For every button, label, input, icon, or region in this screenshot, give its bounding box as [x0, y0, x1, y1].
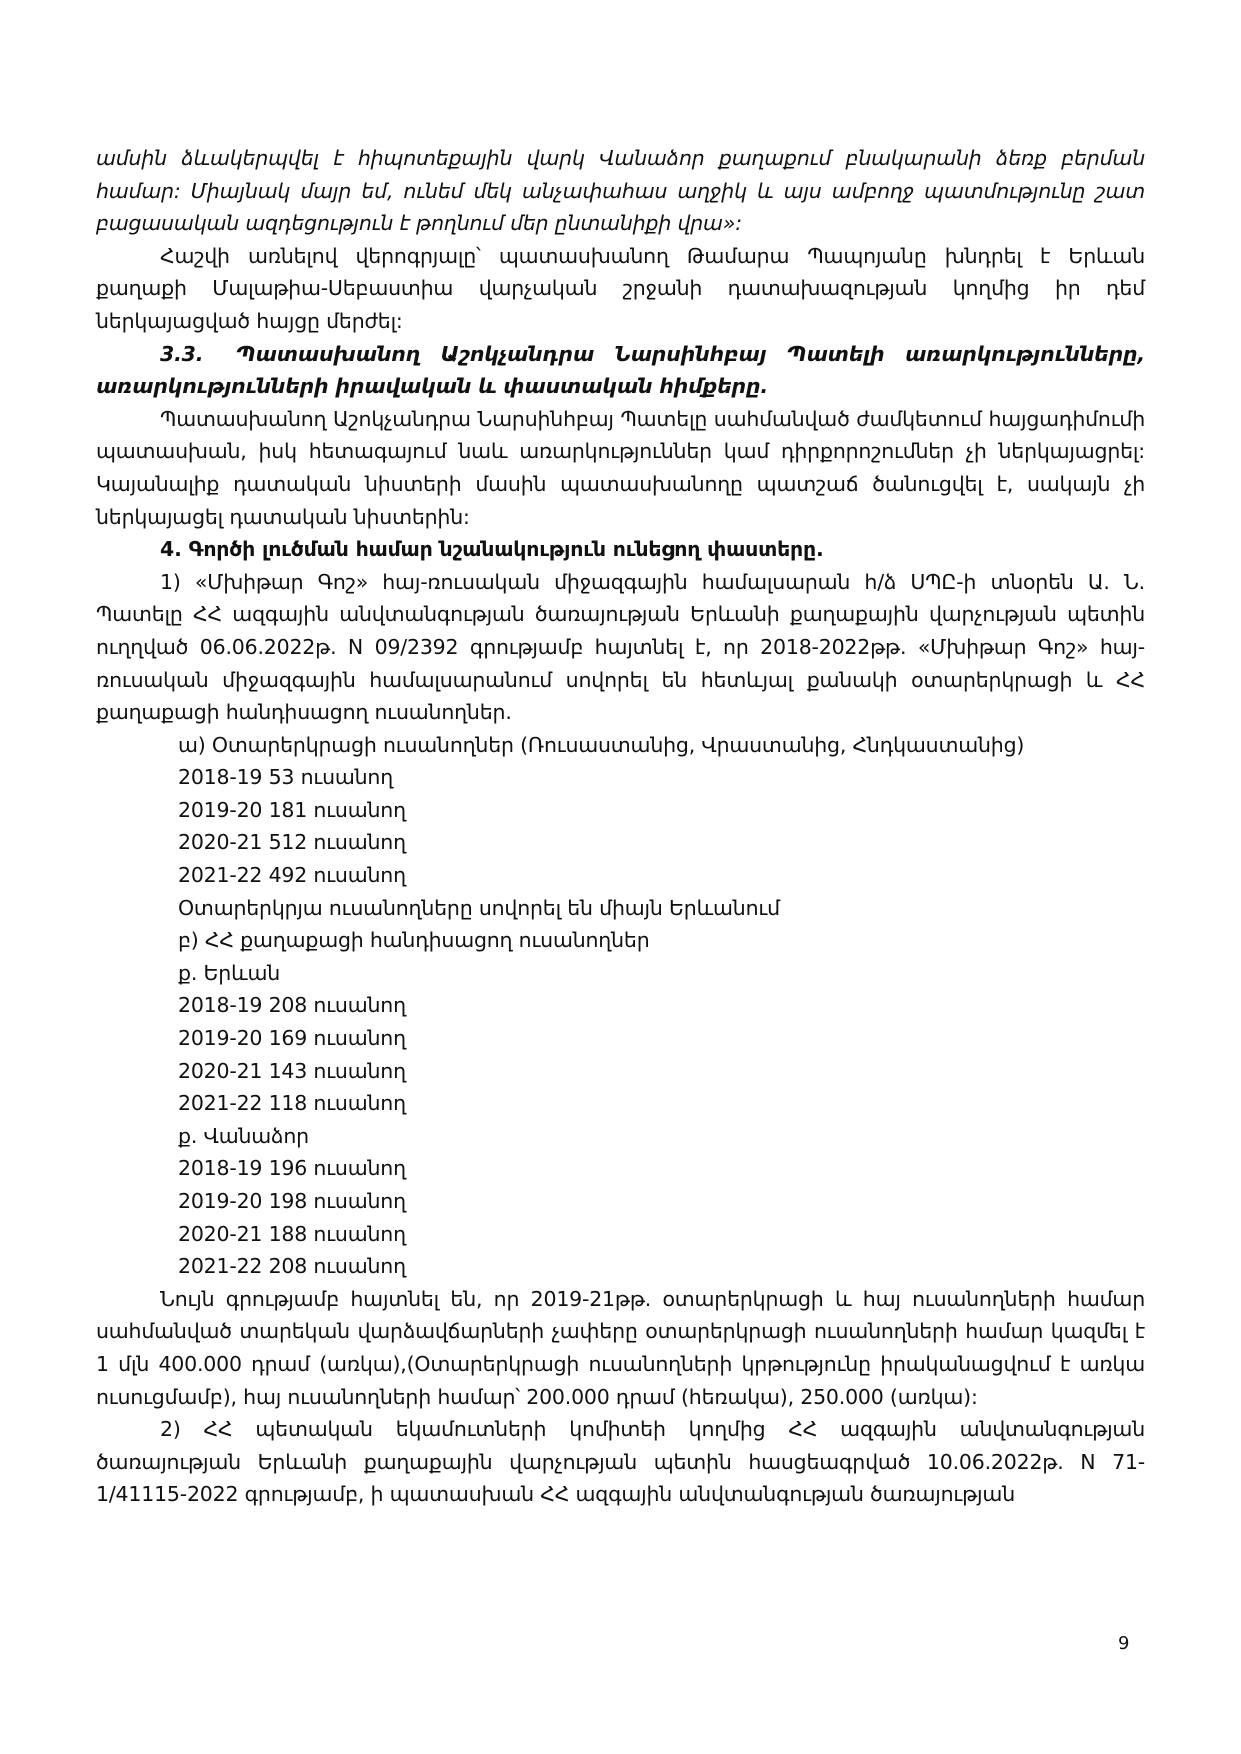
list-item: 2021-22 118 ուսանող — [96, 1087, 1145, 1120]
paragraph-patel: Պատասխանող Աշոկչանդրա Նարսինհբայ Պատելը … — [96, 403, 1145, 533]
city-label-vanadzor: ք. Վանաձոր — [96, 1120, 1145, 1153]
section-3-3-title: Պատասխանող Աշոկչանդրա Նարսինհբայ Պատելի … — [96, 342, 1145, 399]
fact-2-intro: 2) ՀՀ պետական եկամուտների կոմիտեի կողմից… — [96, 1413, 1145, 1511]
paragraph-request: Հաշվի առնելով վերոգրյալը՝ պատասխանող Թամ… — [96, 240, 1145, 338]
list-item: 2018-19 208 ուսանող — [96, 989, 1145, 1022]
paragraph-fees: Նույն գրությամբ հայտնել են, որ 2019-21թթ… — [96, 1283, 1145, 1413]
section-3-3-heading: 3.3.Պատասխանող Աշոկչանդրա Նարսինհբայ Պատ… — [96, 338, 1145, 403]
foreign-students-heading: ա) Օտարերկրացի ուսանողներ (Ռուսաստանից, … — [96, 729, 1145, 762]
list-item: 2019-20 181 ուսանող — [96, 794, 1145, 827]
list-item: 2021-22 208 ուսանող — [96, 1250, 1145, 1283]
citizen-students-heading: բ) ՀՀ քաղաքացի հանդիսացող ուսանողներ — [96, 924, 1145, 957]
page-number: 9 — [1118, 1633, 1129, 1654]
list-item: 2021-22 492 ուսանող — [96, 859, 1145, 892]
list-item: 2019-20 198 ուսանող — [96, 1185, 1145, 1218]
section-4-heading: 4. Գործի լուծման համար նշանակություն ուն… — [96, 533, 1145, 566]
list-item: 2018-19 53 ուսանող — [96, 761, 1145, 794]
list-item: 2020-21 143 ուսանող — [96, 1055, 1145, 1088]
fact-1-intro: 1) «Մխիթար Գոշ» հայ-ռուսական միջազգային … — [96, 566, 1145, 729]
document-body: ամսին ձևակերպվել է հիպոտեքային վարկ Վանա… — [96, 142, 1145, 1511]
list-item: 2020-21 188 ուսանող — [96, 1218, 1145, 1251]
city-label-yerevan: ք. Երևան — [96, 957, 1145, 990]
document-page: ամսին ձևակերպվել է հիպոտեքային վարկ Վանա… — [0, 0, 1241, 1754]
list-item: 2020-21 512 ուսանող — [96, 826, 1145, 859]
list-item: 2018-19 196 ուսանող — [96, 1152, 1145, 1185]
list-item: 2019-20 169 ուսանող — [96, 1022, 1145, 1055]
section-3-3-number: 3.3. — [160, 338, 236, 371]
quote-continuation: ամսին ձևակերպվել է հիպոտեքային վարկ Վանա… — [96, 142, 1145, 240]
foreign-students-note: Օտարերկրյա ուսանողները սովորել են միայն … — [96, 892, 1145, 925]
